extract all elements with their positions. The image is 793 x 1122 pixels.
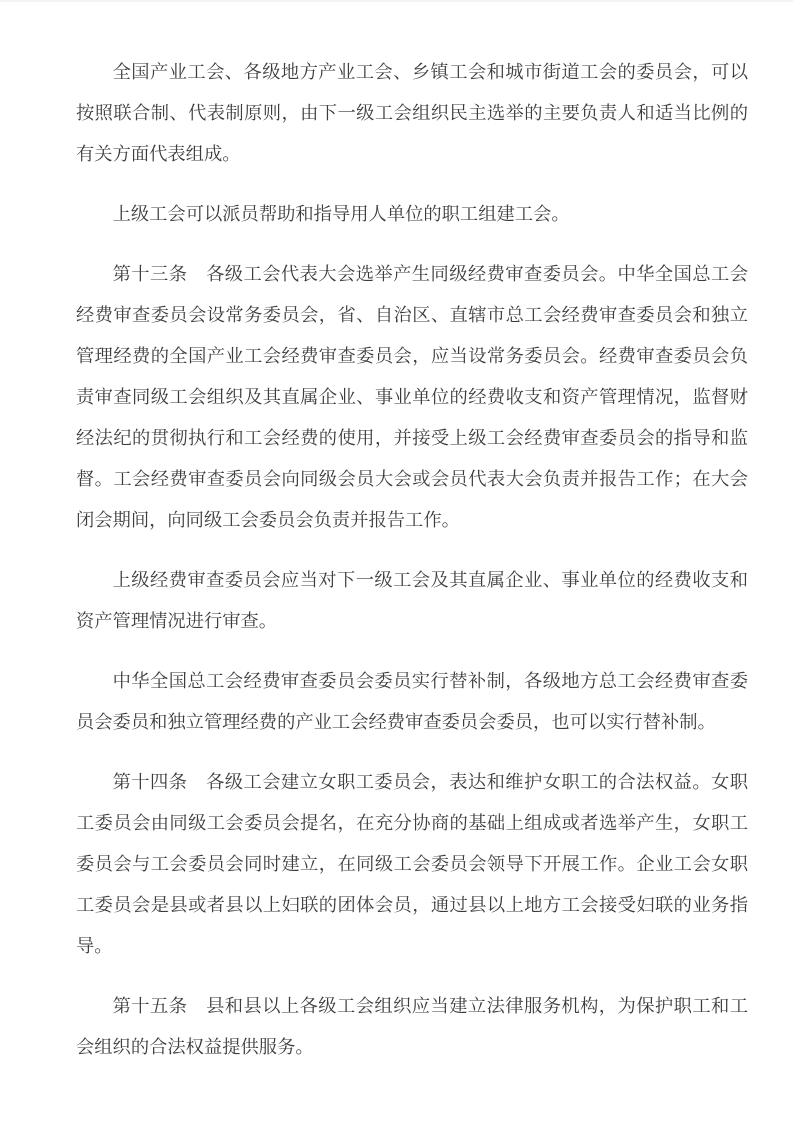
paragraph-article-13: 第十三条 各级工会代表大会选举产生同级经费审查委员会。中华全国总工会经费审查委员…: [76, 254, 748, 541]
paragraph-higher-review-committee: 上级经费审查委员会应当对下一级工会及其直属企业、事业单位的经费收支和资产管理情况…: [76, 560, 748, 642]
paragraph-article-15: 第十五条 县和县以上各级工会组织应当建立法律服务机构，为保护职工和工会组织的合法…: [76, 986, 748, 1068]
document-page: 全国产业工会、各级地方产业工会、乡镇工会和城市街道工会的委员会，可以按照联合制、…: [0, 0, 793, 1122]
paragraph-substitute-system: 中华全国总工会经费审查委员会委员实行替补制，各级地方总工会经费审查委员会委员和独…: [76, 661, 748, 743]
paragraph-committee-composition: 全国产业工会、各级地方产业工会、乡镇工会和城市街道工会的委员会，可以按照联合制、…: [76, 52, 748, 175]
paragraph-article-14: 第十四条 各级工会建立女职工委员会，表达和维护女职工的合法权益。女职工委员会由同…: [76, 762, 748, 967]
paragraph-higher-union-assist: 上级工会可以派员帮助和指导用人单位的职工组建工会。: [76, 194, 748, 235]
